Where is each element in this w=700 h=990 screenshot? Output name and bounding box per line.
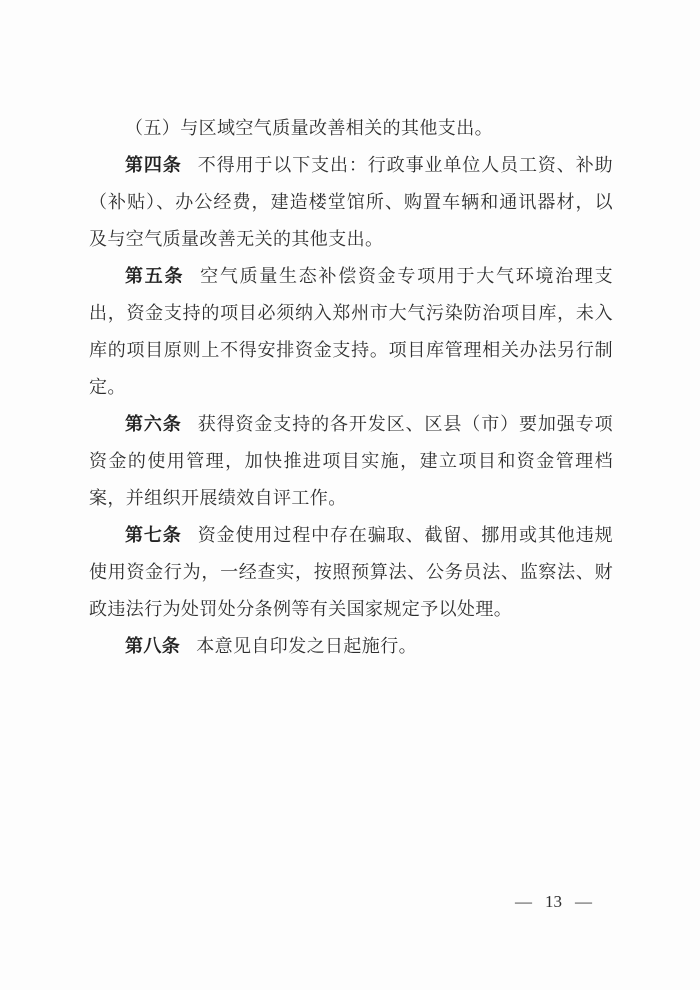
footer-dash-right: — — [575, 892, 592, 912]
paragraph-article-5: 第五条空气质量生态补偿资金专项用于大气环境治理支出，资金支持的项目必须纳入郑州市… — [89, 258, 613, 406]
article-label: 第六条 — [125, 414, 182, 434]
article-label: 第八条 — [125, 636, 180, 656]
article-label: 第五条 — [125, 266, 184, 286]
page-number: 13 — [545, 892, 562, 912]
paragraph-article-7: 第七条资金使用过程中存在骗取、截留、挪用或其他违规使用资金行为，一经查实，按照预… — [89, 517, 613, 628]
article-label: 第四条 — [125, 155, 182, 175]
paragraph-article-4: 第四条不得用于以下支出：行政事业单位人员工资、补助（补贴）、办公经费，建造楼堂馆… — [89, 147, 613, 258]
paragraph-text: （五）与区域空气质量改善相关的其他支出。 — [125, 118, 493, 138]
article-label: 第七条 — [125, 525, 182, 545]
page-footer: — 13 — — [515, 892, 592, 912]
paragraph-text: 本意见自印发之日起施行。 — [196, 636, 417, 656]
footer-dash-left: — — [515, 892, 532, 912]
paragraph-article-8: 第八条本意见自印发之日起施行。 — [89, 628, 613, 665]
document-body: （五）与区域空气质量改善相关的其他支出。 第四条不得用于以下支出：行政事业单位人… — [89, 110, 613, 665]
paragraph-article-6: 第六条获得资金支持的各开发区、区县（市）要加强专项资金的使用管理，加快推进项目实… — [89, 406, 613, 517]
document-page: （五）与区域空气质量改善相关的其他支出。 第四条不得用于以下支出：行政事业单位人… — [0, 0, 700, 990]
paragraph-item-5: （五）与区域空气质量改善相关的其他支出。 — [89, 110, 613, 147]
